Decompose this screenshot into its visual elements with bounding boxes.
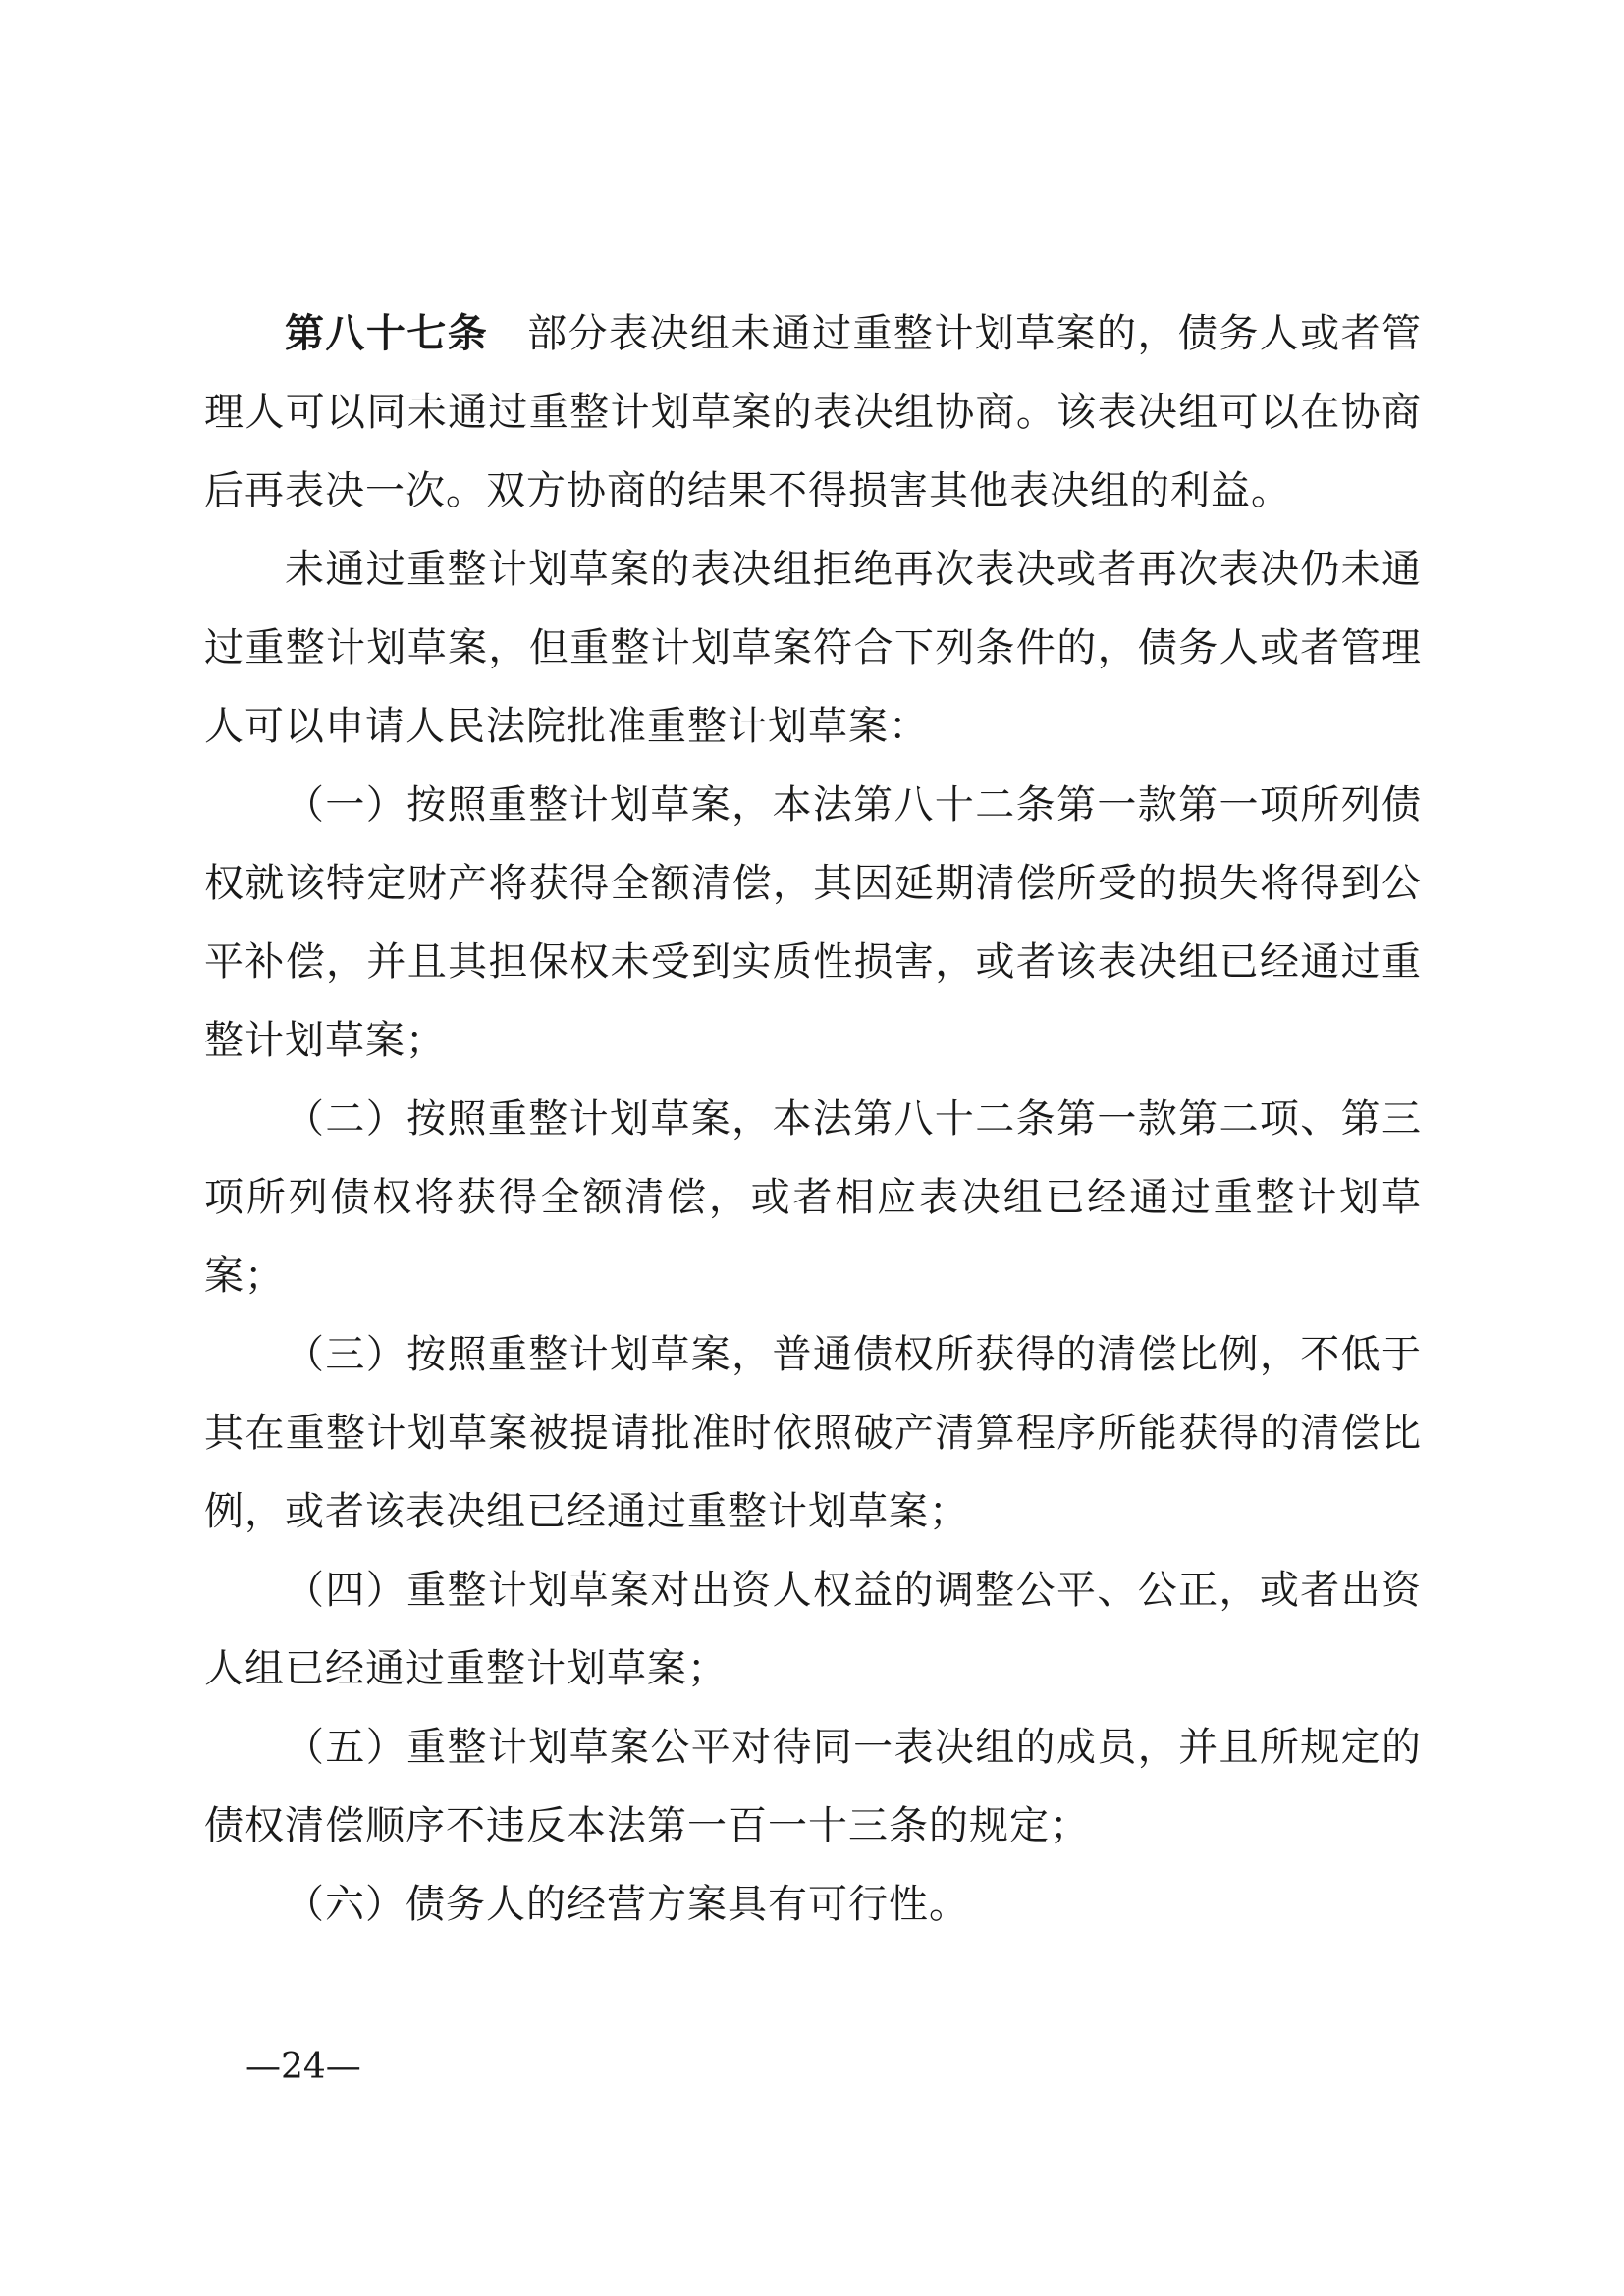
condition-item-6: （六）债务人的经营方案具有可行性。 bbox=[204, 1865, 1422, 1944]
condition-item-5: （五）重整计划草案公平对待同一表决组的成员，并且所规定的债权清偿顺序不违反本法第… bbox=[204, 1708, 1422, 1865]
article-paragraph-1: 第八十七条部分表决组未通过重整计划草案的，债务人或者管理人可以同未通过重整计划草… bbox=[204, 294, 1422, 530]
page-number: —24— bbox=[245, 2047, 361, 2087]
condition-item-3: （三）按照重整计划草案，普通债权所获得的清偿比例，不低于其在重整计划草案被提请批… bbox=[204, 1315, 1422, 1551]
article-paragraph-2: 未通过重整计划草案的表决组拒绝再次表决或者再次表决仍未通过重整计划草案，但重整计… bbox=[204, 530, 1422, 766]
document-page: 第八十七条部分表决组未通过重整计划草案的，债务人或者管理人可以同未通过重整计划草… bbox=[204, 294, 1422, 1944]
condition-item-4: （四）重整计划草案对出资人权益的调整公平、公正，或者出资人组已经通过重整计划草案… bbox=[204, 1551, 1422, 1708]
condition-item-2: （二）按照重整计划草案，本法第八十二条第一款第二项、第三项所列债权将获得全额清偿… bbox=[204, 1080, 1422, 1315]
article-title: 第八十七条 bbox=[285, 311, 488, 356]
condition-item-1: （一）按照重整计划草案，本法第八十二条第一款第一项所列债权就该特定财产将获得全额… bbox=[204, 766, 1422, 1080]
